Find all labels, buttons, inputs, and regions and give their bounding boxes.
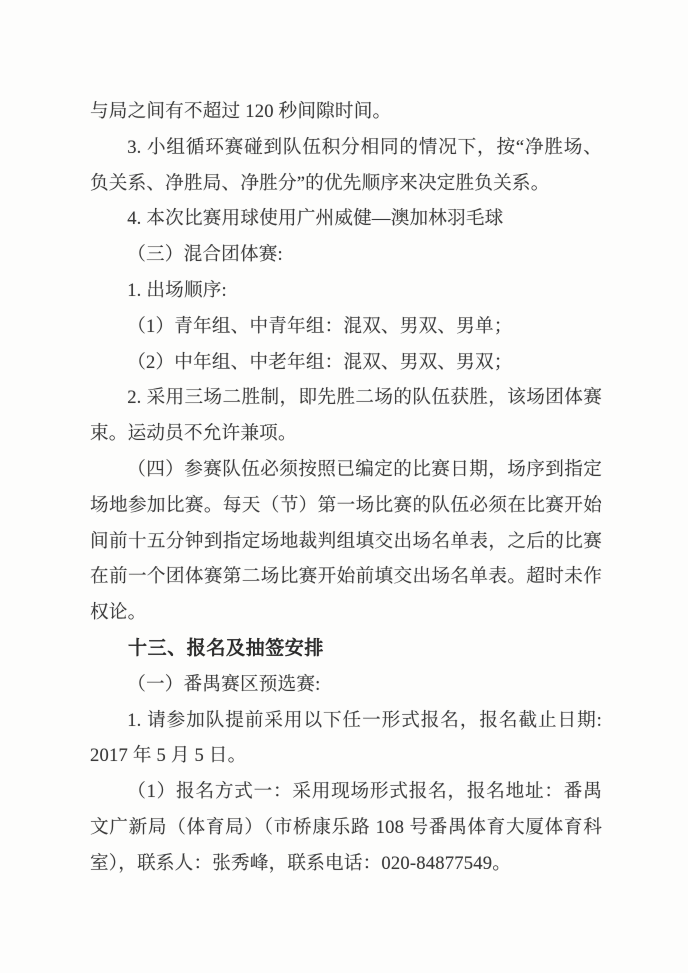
body-line: 2. 采用三场二胜制，即先胜二场的队伍获胜，该场团体赛结 — [90, 380, 602, 416]
body-line: 3. 小组循环赛碰到队伍积分相同的情况下，按“净胜场、胜 — [90, 130, 602, 166]
body-line: 束。运动员不允许兼项。 — [90, 416, 602, 452]
document-body: 与局之间有不超过 120 秒间隙时间。 3. 小组循环赛碰到队伍积分相同的情况下… — [90, 94, 602, 882]
body-line: （2）中年组、中老年组：混双、男双、男双； — [90, 345, 602, 381]
body-line: 场地参加比赛。每天（节）第一场比赛的队伍必须在比赛开始时 — [90, 488, 602, 524]
body-line: （1）报名方式一：采用现场形式报名，报名地址：番禺区 — [90, 774, 602, 810]
document-page: 与局之间有不超过 120 秒间隙时间。 3. 小组循环赛碰到队伍积分相同的情况下… — [0, 0, 688, 973]
body-line: 文广新局（体育局）（市桥康乐路 108 号番禺体育大厦体育科 503 — [90, 810, 602, 846]
body-line: 1. 请参加队提前采用以下任一形式报名，报名截止日期: — [90, 703, 602, 739]
body-line: 室），联系人：张秀峰，联系电话：020-84877549。 — [90, 846, 602, 882]
body-line: （四）参赛队伍必须按照已编定的比赛日期，场序到指定的 — [90, 452, 602, 488]
body-line: （三）混合团体赛: — [90, 237, 602, 273]
section-heading: 十三、报名及抽签安排 — [90, 631, 602, 667]
body-line: 负关系、净胜局、净胜分”的优先顺序来决定胜负关系。 — [90, 166, 602, 202]
body-line: 与局之间有不超过 120 秒间隙时间。 — [90, 94, 602, 130]
body-line: 1. 出场顺序: — [90, 273, 602, 309]
body-line: 2017 年 5 月 5 日。 — [90, 738, 602, 774]
body-line: 间前十五分钟到指定场地裁判组填交出场名单表，之后的比赛则 — [90, 524, 602, 560]
body-line: 权论。 — [90, 595, 602, 631]
body-line: （一）番禺赛区预选赛: — [90, 667, 602, 703]
body-line: 4. 本次比赛用球使用广州威健—澳加林羽毛球 — [90, 201, 602, 237]
body-line: （1）青年组、中青年组：混双、男双、男单； — [90, 309, 602, 345]
body-line: 在前一个团体赛第二场比赛开始前填交出场名单表。超时未作弃 — [90, 559, 602, 595]
